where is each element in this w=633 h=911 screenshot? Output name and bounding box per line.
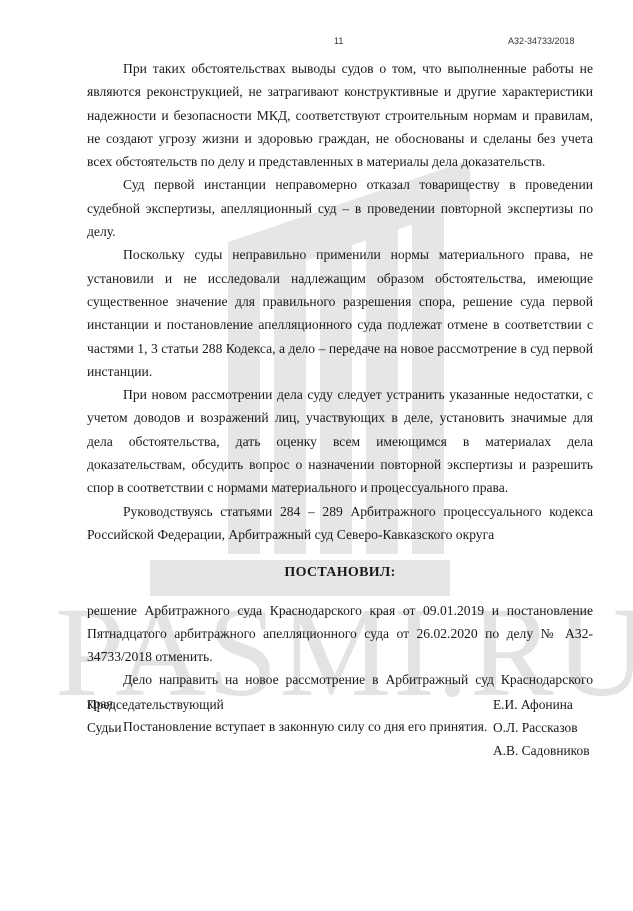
signature-block: Председательствующий Е.И. Афонина Судьи …	[87, 693, 593, 762]
page-number: 11	[334, 36, 343, 46]
signature-name: Е.И. Афонина	[493, 693, 593, 716]
signature-row: Судьи О.Л. Рассказов	[87, 716, 593, 739]
resolution-paragraph: решение Арбитражного суда Краснодарского…	[87, 599, 593, 669]
signature-role: Судьи	[87, 716, 122, 739]
paragraph: При новом рассмотрении дела суду следует…	[87, 383, 593, 499]
document-body: При таких обстоятельствах выводы судов о…	[87, 57, 593, 738]
signature-name: О.Л. Рассказов	[493, 716, 593, 739]
signature-role: Председательствующий	[87, 693, 224, 716]
paragraph: При таких обстоятельствах выводы судов о…	[87, 57, 593, 173]
paragraph: Руководствуясь статьями 284 – 289 Арбитр…	[87, 500, 593, 547]
case-number: А32-34733/2018	[508, 36, 575, 46]
paragraph: Поскольку суды неправильно применили нор…	[87, 243, 593, 383]
document-page: PASMI.RU 11 А32-34733/2018 При таких обс…	[0, 0, 633, 911]
signature-row: А.В. Садовников	[87, 739, 593, 762]
signature-row: Председательствующий Е.И. Афонина	[87, 693, 593, 716]
paragraph: Суд первой инстанции неправомерно отказа…	[87, 173, 593, 243]
signature-name: А.В. Садовников	[493, 739, 593, 762]
resolution-heading: ПОСТАНОВИЛ:	[87, 546, 593, 598]
